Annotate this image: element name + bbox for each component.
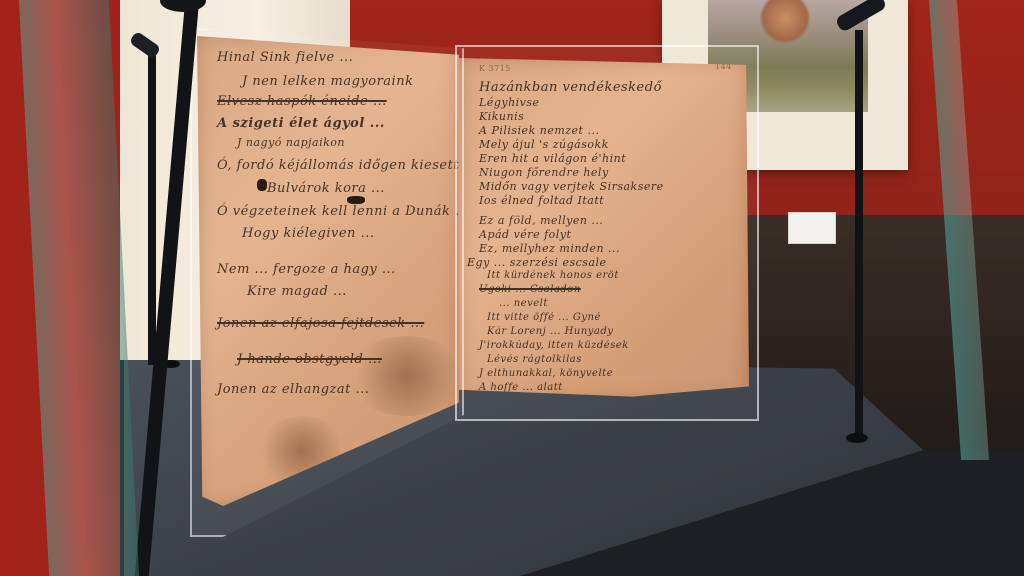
castle-in-painting [760,0,810,45]
acrylic-stand-right [455,45,759,421]
museum-label-card [788,212,836,244]
lamp-stand-left [148,50,156,365]
lamp-stand-right [855,30,863,440]
lamp-base-right [846,433,868,443]
